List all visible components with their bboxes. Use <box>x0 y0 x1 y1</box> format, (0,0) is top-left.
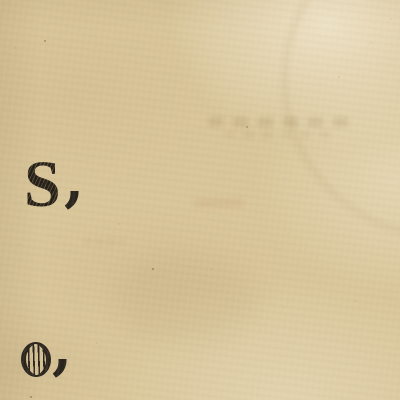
foxing-specks <box>0 0 2 2</box>
letter-s-comma: , <box>64 151 84 209</box>
ink-smudge <box>194 199 244 207</box>
ghost-text-showthrough <box>224 131 334 138</box>
scanned-page: S , O , <box>0 0 400 400</box>
paper-stain <box>115 258 255 343</box>
ghost-text-showthrough <box>208 117 358 127</box>
letter-o-glyph: O <box>22 344 23 345</box>
letter-s: S <box>24 152 61 218</box>
letter-o: O <box>20 341 51 377</box>
letter-o-comma: , <box>52 319 72 377</box>
ghost-text-showthrough <box>84 238 124 245</box>
